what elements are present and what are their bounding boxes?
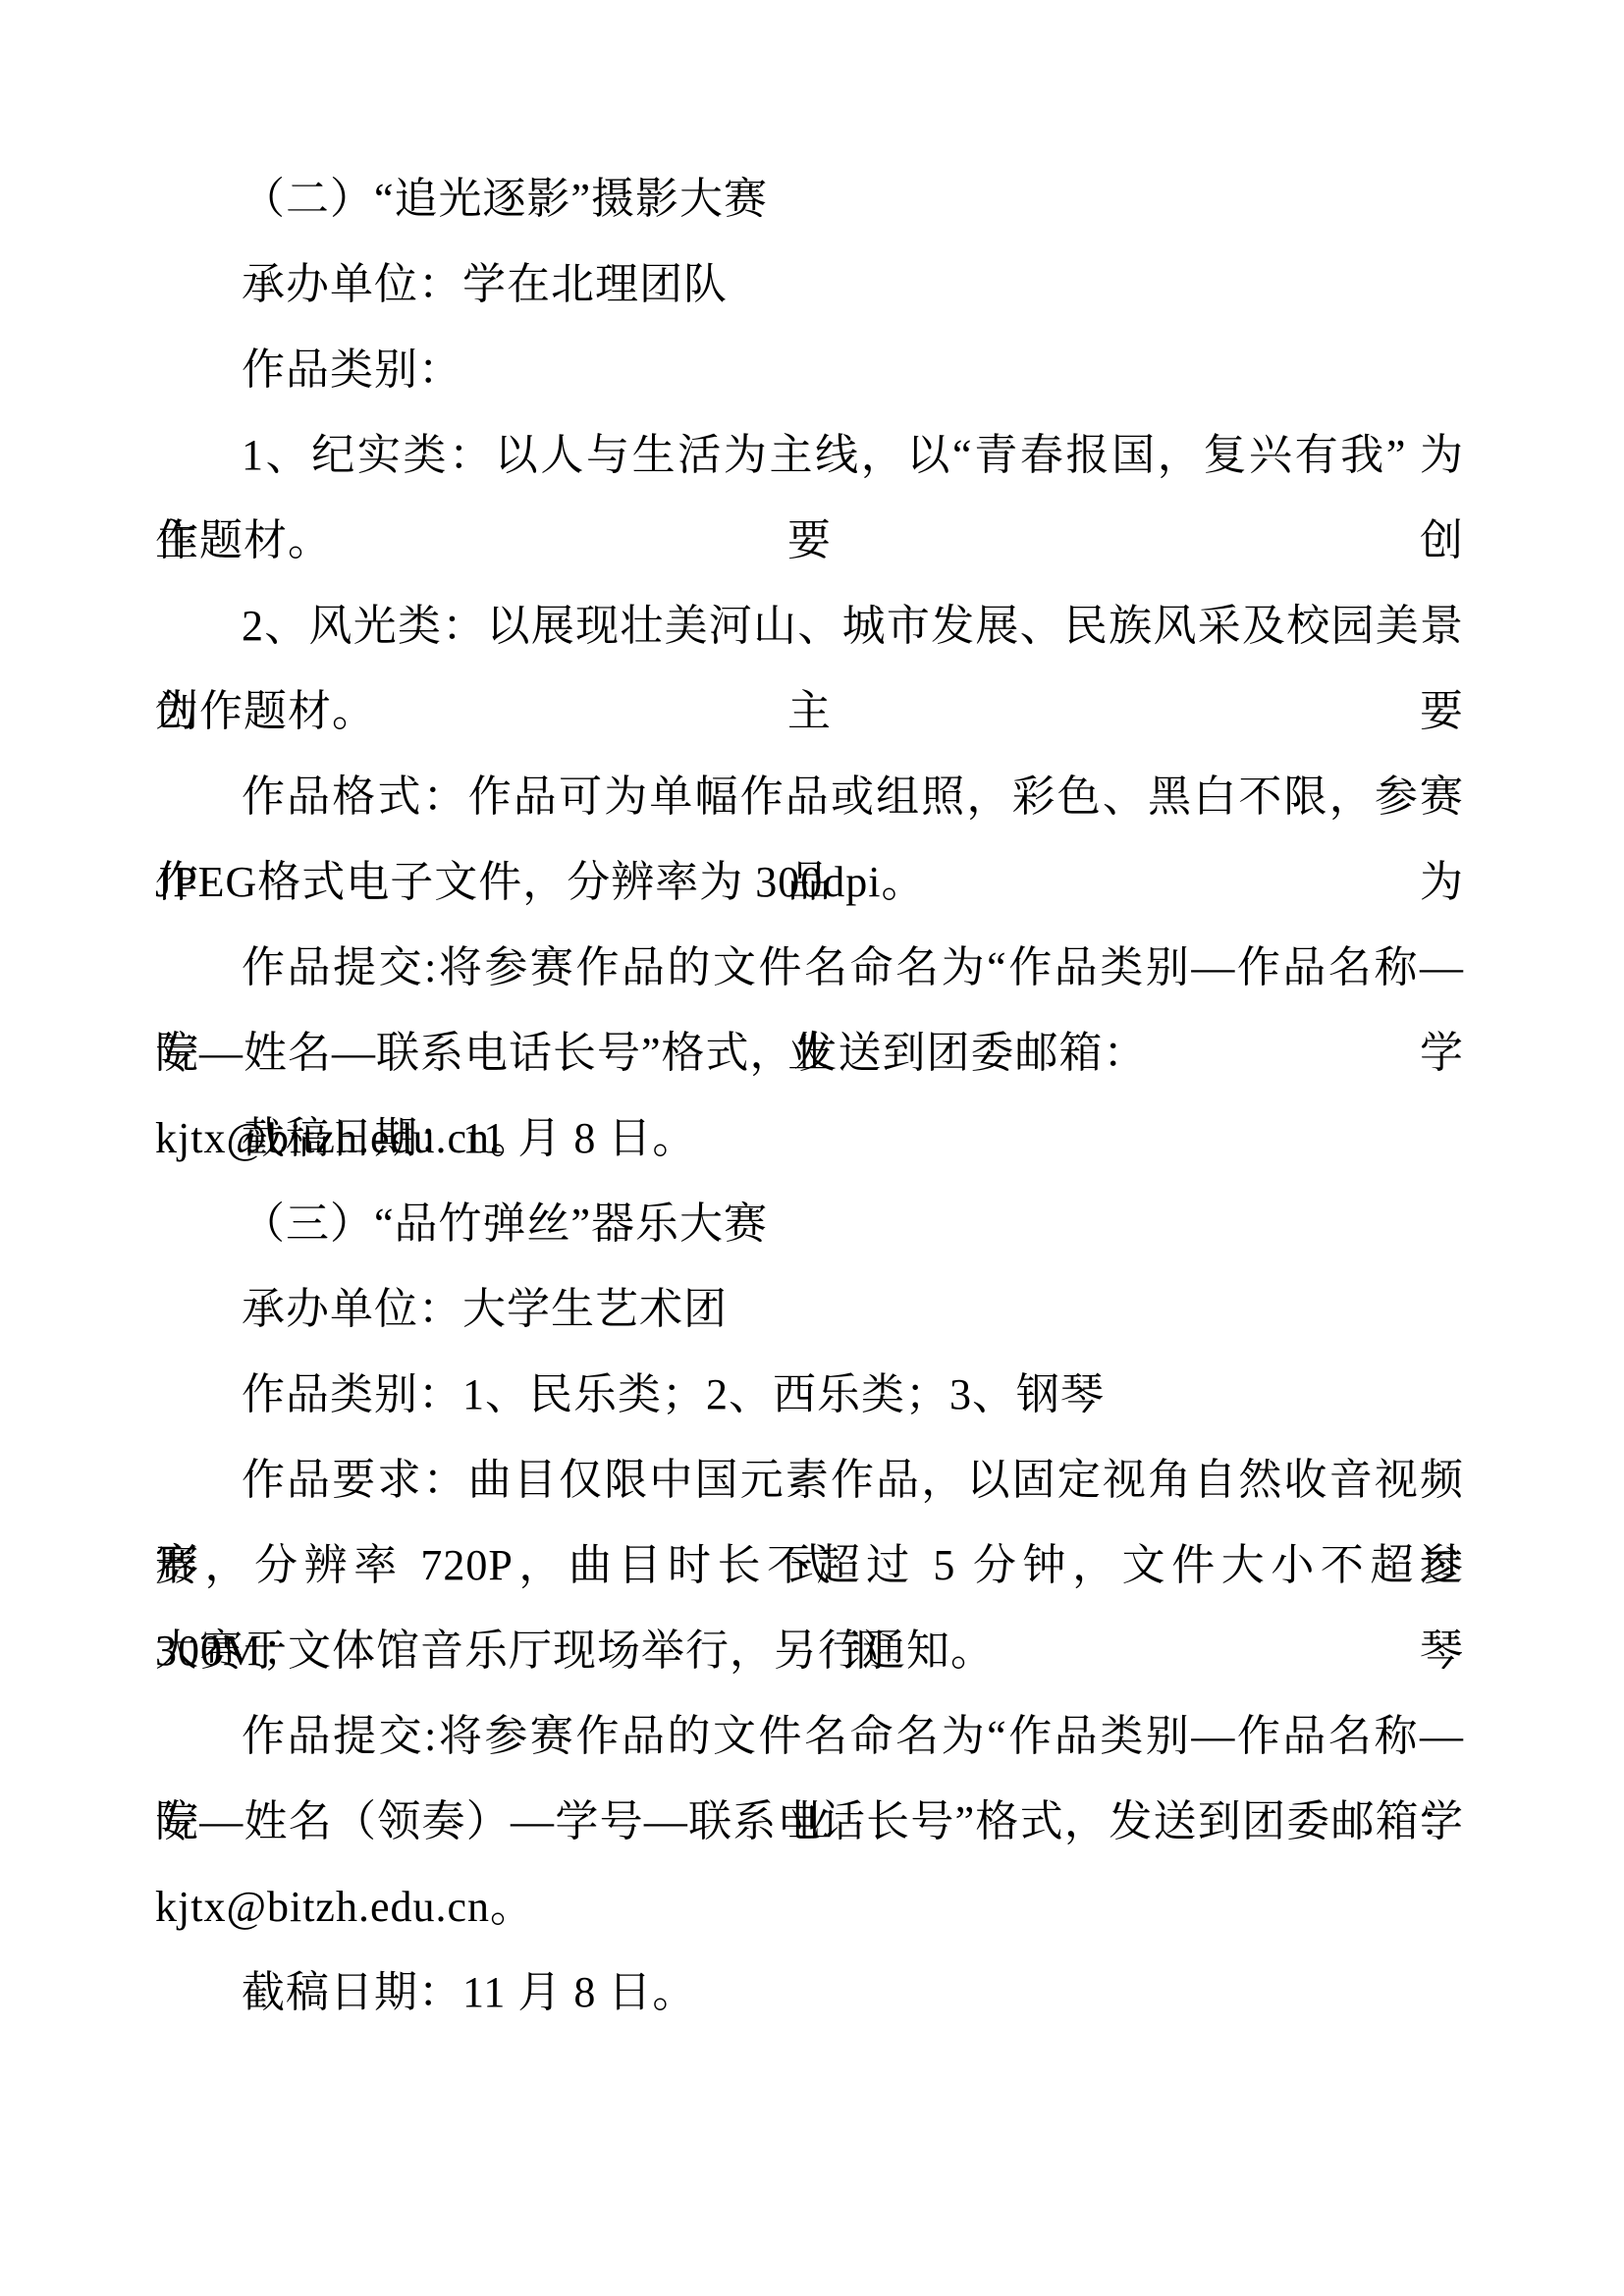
submission-line-photography: 作品提交:将参赛作品的文件名命名为“作品类别—作品名称—专业学	[155, 925, 1464, 1010]
organizer-line-photography: 承办单位：学在北理团队	[155, 241, 1464, 327]
requirement-line-instrument: 作品要求：曲目仅限中国元素作品，以固定视角自然收音视频形式参	[155, 1437, 1464, 1522]
organizer-line-instrument: 承办单位：大学生艺术团	[155, 1266, 1464, 1352]
category-label-line: 作品类别：	[155, 327, 1464, 412]
submission-line-instrument: 作品提交:将参赛作品的文件名命名为“作品类别—作品名称—专业学	[155, 1693, 1464, 1779]
submission-email-line: kjtx@bitzh.edu.cn。	[155, 1864, 1464, 1949]
submission-continuation-instrument: 院—姓名（领奏）—学号—联系电话长号”格式，发送到团委邮箱：	[155, 1779, 1464, 1864]
deadline-line-photography: 截稿日期：11 月 8 日。	[155, 1095, 1464, 1181]
category-1-documentary-line: 1、纪实类：以人与生活为主线，以“青春报国，复兴有我” 为主要创	[155, 412, 1464, 498]
format-line-photography: 作品格式：作品可为单幅作品或组照，彩色、黑白不限，参赛作品为	[155, 754, 1464, 839]
section-heading-photography: （二）“追光逐影”摄影大赛	[155, 156, 1464, 241]
document-page: （二）“追光逐影”摄影大赛 承办单位：学在北理团队 作品类别： 1、纪实类：以人…	[0, 0, 1624, 2296]
category-line-instrument: 作品类别：1、民乐类；2、西乐类；3、钢琴	[155, 1352, 1464, 1437]
document-body: （二）“追光逐影”摄影大赛 承办单位：学在北理团队 作品类别： 1、纪实类：以人…	[155, 156, 1464, 2035]
category-2-landscape-line: 2、风光类：以展现壮美河山、城市发展、民族风采及校园美景为主要	[155, 583, 1464, 668]
requirement-continuation-1: 赛，分辨率 720P，曲目时长不超过 5 分钟，文件大小不超过 300M；钢琴	[155, 1522, 1464, 1608]
section-heading-instrument: （三）“品竹弹丝”器乐大赛	[155, 1181, 1464, 1266]
deadline-line-instrument: 截稿日期：11 月 8 日。	[155, 1949, 1464, 2035]
